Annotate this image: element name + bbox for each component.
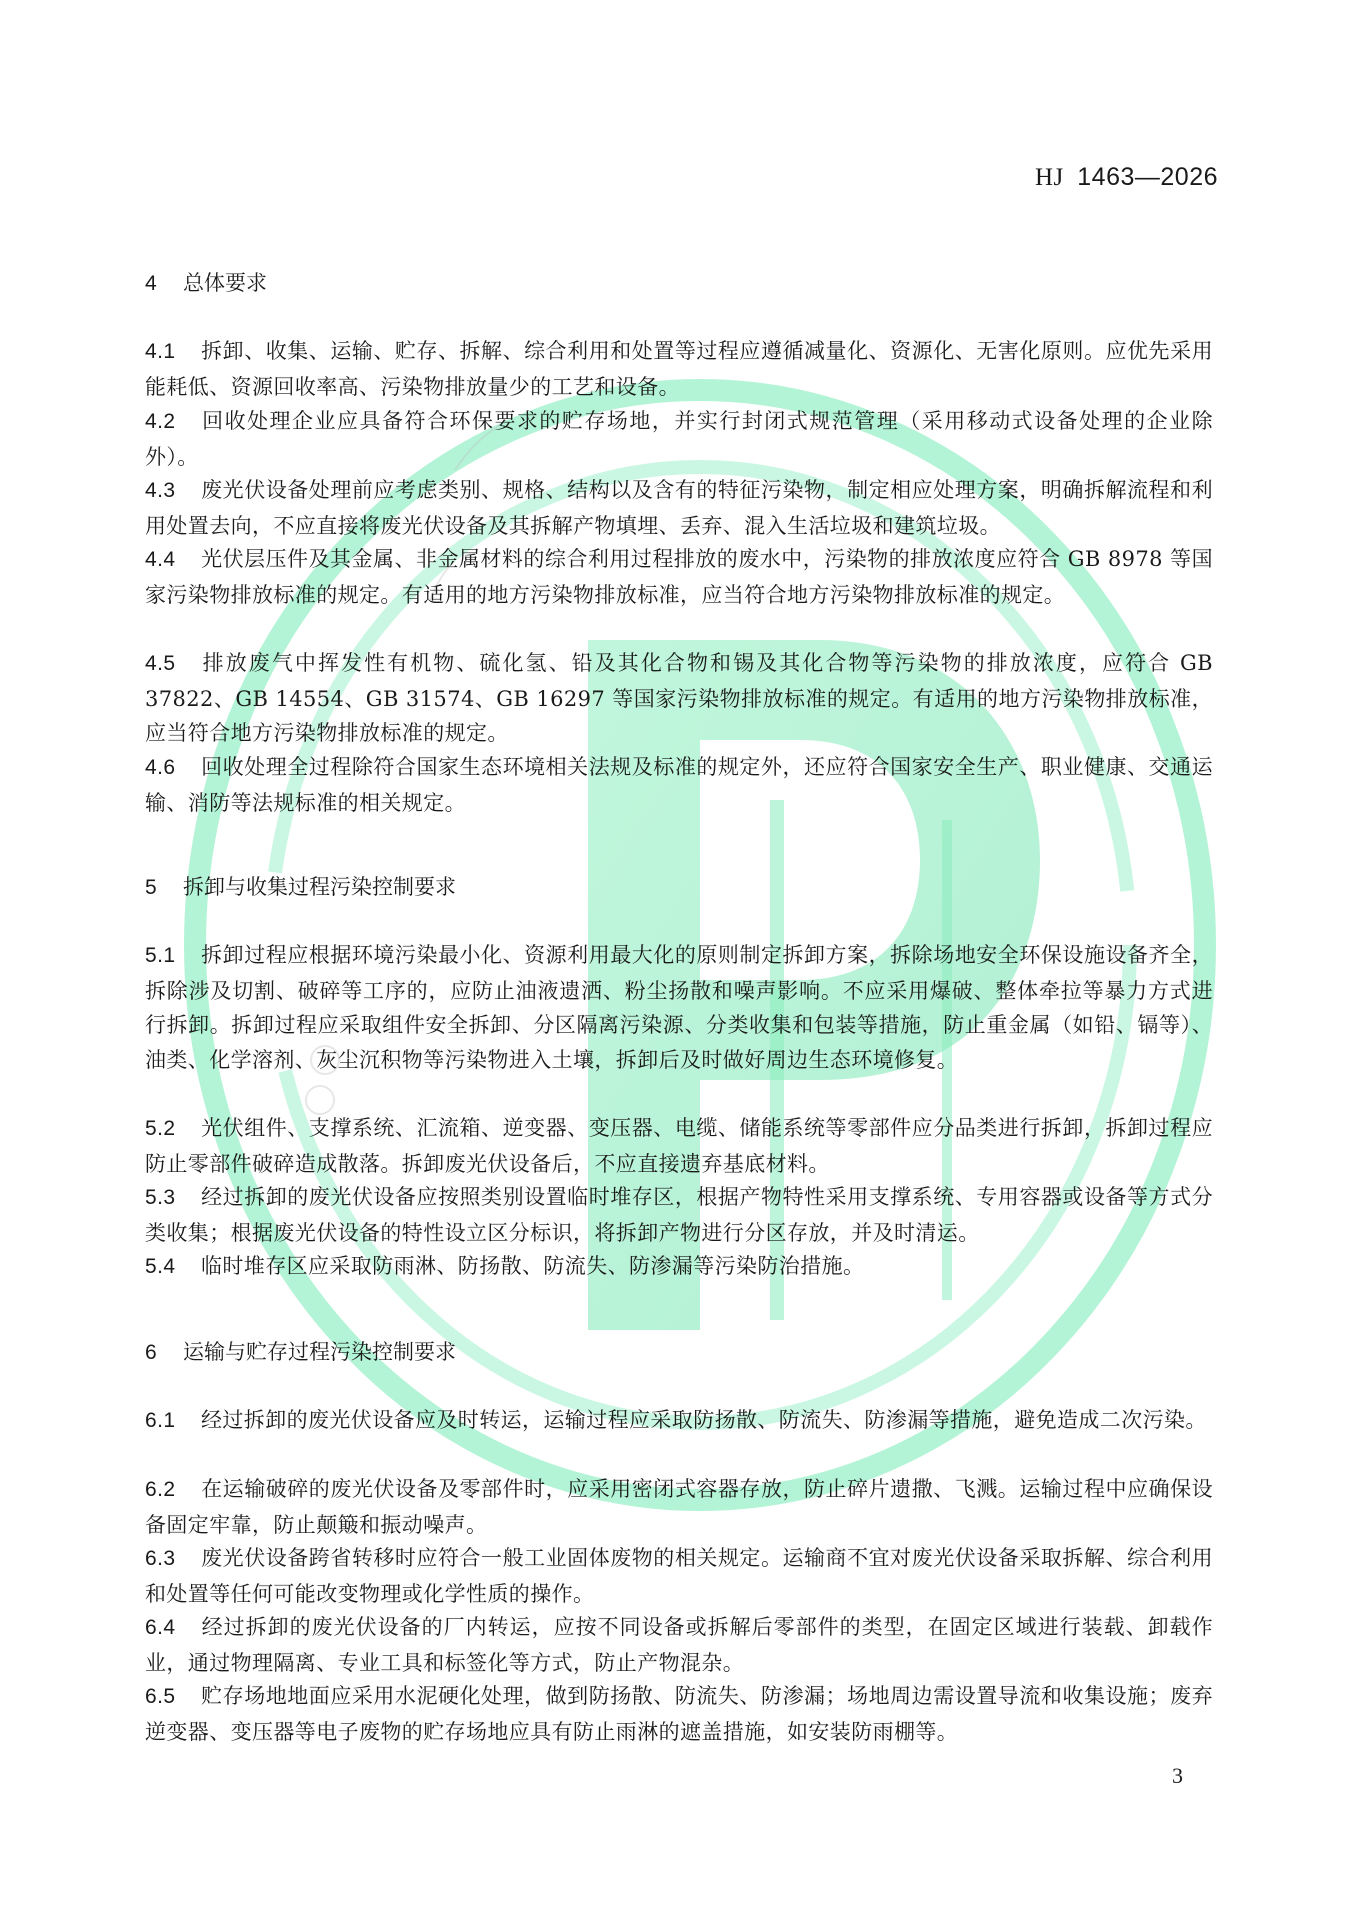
clause-text: 拆卸、收集、运输、贮存、拆解、综合利用和处置等过程应遵循减量化、资源化、无害化原…	[145, 339, 1213, 399]
clause-text: 光伏层压件及其金属、非金属材料的综合利用过程排放的废水中，污染物的排放浓度应符合…	[145, 547, 1213, 607]
section-heading: 4总体要求	[145, 267, 267, 297]
section-heading: 5拆卸与收集过程污染控制要求	[145, 871, 456, 901]
section-title: 拆卸与收集过程污染控制要求	[183, 876, 456, 899]
clause: 4.4光伏层压件及其金属、非金属材料的综合利用过程排放的废水中，污染物的排放浓度…	[145, 542, 1213, 612]
clause: 4.6回收处理全过程除符合国家生态环境相关法规及标准的规定外，还应符合国家安全生…	[145, 750, 1213, 820]
standard-code: HJ 1463—2026	[1035, 163, 1218, 192]
clause-text: 在运输破碎的废光伏设备及零部件时，应采用密闭式容器存放，防止碎片遗撒、飞溅。运输…	[145, 1477, 1213, 1537]
clause-text: 经过拆卸的废光伏设备应按照类别设置临时堆存区，根据产物特性采用支撑系统、专用容器…	[145, 1185, 1213, 1245]
clause-number: 5.1	[145, 939, 201, 974]
clause: 6.3废光伏设备跨省转移时应符合一般工业固体废物的相关规定。运输商不宜对废光伏设…	[145, 1541, 1213, 1611]
clause: 6.1经过拆卸的废光伏设备应及时转运，运输过程应采取防扬散、防流失、防渗漏等措施…	[145, 1403, 1213, 1439]
clause-number: 6.2	[145, 1473, 201, 1508]
clause: 4.1拆卸、收集、运输、贮存、拆解、综合利用和处置等过程应遵循减量化、资源化、无…	[145, 334, 1213, 404]
section-title: 运输与贮存过程污染控制要求	[183, 1341, 456, 1364]
clause-number: 6.3	[145, 1542, 201, 1577]
clause-number: 4.3	[145, 474, 201, 509]
clause-text: 贮存场地地面应采用水泥硬化处理，做到防扬散、防流失、防渗漏；场地周边需设置导流和…	[145, 1684, 1213, 1744]
clause: 5.4临时堆存区应采取防雨淋、防扬散、防流失、防渗漏等污染防治措施。	[145, 1249, 1213, 1285]
clause-number: 4.2	[145, 405, 201, 440]
clause-number: 4.5	[145, 647, 201, 682]
page-content: HJ 1463—2026 4总体要求 4.1拆卸、收集、运输、贮存、拆解、综合利…	[0, 0, 1356, 1920]
document-page: HJ 1463—2026 4总体要求 4.1拆卸、收集、运输、贮存、拆解、综合利…	[0, 0, 1356, 1920]
clause: 4.3废光伏设备处理前应考虑类别、规格、结构以及含有的特征污染物，制定相应处理方…	[145, 473, 1213, 543]
clause-text: 废光伏设备跨省转移时应符合一般工业固体废物的相关规定。运输商不宜对废光伏设备采取…	[145, 1546, 1213, 1606]
section-number: 6	[145, 1341, 183, 1365]
clause: 4.5排放废气中挥发性有机物、硫化氢、铅及其化合物和锡及其化合物等污染物的排放浓…	[145, 646, 1213, 751]
clause-text: 排放废气中挥发性有机物、硫化氢、铅及其化合物和锡及其化合物等污染物的排放浓度，应…	[145, 651, 1213, 745]
clause-number: 6.1	[145, 1404, 201, 1439]
clause: 5.3经过拆卸的废光伏设备应按照类别设置临时堆存区，根据产物特性采用支撑系统、专…	[145, 1180, 1213, 1250]
clause-number: 6.4	[145, 1611, 201, 1646]
clause: 5.1拆卸过程应根据环境污染最小化、资源利用最大化的原则制定拆卸方案，拆除场地安…	[145, 938, 1213, 1077]
clause-text: 废光伏设备处理前应考虑类别、规格、结构以及含有的特征污染物，制定相应处理方案，明…	[145, 478, 1213, 538]
clause-text: 拆卸过程应根据环境污染最小化、资源利用最大化的原则制定拆卸方案，拆除场地安全环保…	[145, 943, 1213, 1072]
clause-text: 光伏组件、支撑系统、汇流箱、逆变器、变压器、电缆、储能系统等零部件应分品类进行拆…	[145, 1116, 1213, 1176]
section-title: 总体要求	[183, 272, 267, 295]
section-heading: 6运输与贮存过程污染控制要求	[145, 1336, 456, 1366]
clause: 6.2在运输破碎的废光伏设备及零部件时，应采用密闭式容器存放，防止碎片遗撒、飞溅…	[145, 1472, 1213, 1542]
clause-text: 经过拆卸的废光伏设备应及时转运，运输过程应采取防扬散、防流失、防渗漏等措施，避免…	[201, 1408, 1207, 1432]
clause-number: 5.3	[145, 1181, 201, 1216]
clause: 6.4经过拆卸的废光伏设备的厂内转运，应按不同设备或拆解后零部件的类型，在固定区…	[145, 1610, 1213, 1680]
clause-number: 4.4	[145, 543, 201, 578]
clause-number: 4.1	[145, 335, 201, 370]
section-number: 5	[145, 876, 183, 900]
page-number: 3	[1172, 1763, 1183, 1789]
clause-number: 5.4	[145, 1250, 201, 1285]
clause-text: 临时堆存区应采取防雨淋、防扬散、防流失、防渗漏等污染防治措施。	[201, 1254, 864, 1278]
clause-text: 经过拆卸的废光伏设备的厂内转运，应按不同设备或拆解后零部件的类型，在固定区域进行…	[145, 1615, 1213, 1675]
clause-text: 回收处理全过程除符合国家生态环境相关法规及标准的规定外，还应符合国家安全生产、职…	[145, 755, 1213, 815]
section-number: 4	[145, 272, 183, 296]
standard-prefix: HJ	[1035, 164, 1064, 191]
clause-number: 6.5	[145, 1680, 201, 1715]
clause-number: 5.2	[145, 1112, 201, 1147]
clause: 6.5贮存场地地面应采用水泥硬化处理，做到防扬散、防流失、防渗漏；场地周边需设置…	[145, 1679, 1213, 1749]
clause-text: 回收处理企业应具备符合环保要求的贮存场地，并实行封闭式规范管理（采用移动式设备处…	[145, 409, 1213, 469]
clause-number: 4.6	[145, 751, 201, 786]
standard-number: 1463—2026	[1077, 163, 1218, 191]
clause: 4.2回收处理企业应具备符合环保要求的贮存场地，并实行封闭式规范管理（采用移动式…	[145, 404, 1213, 474]
clause: 5.2光伏组件、支撑系统、汇流箱、逆变器、变压器、电缆、储能系统等零部件应分品类…	[145, 1111, 1213, 1181]
